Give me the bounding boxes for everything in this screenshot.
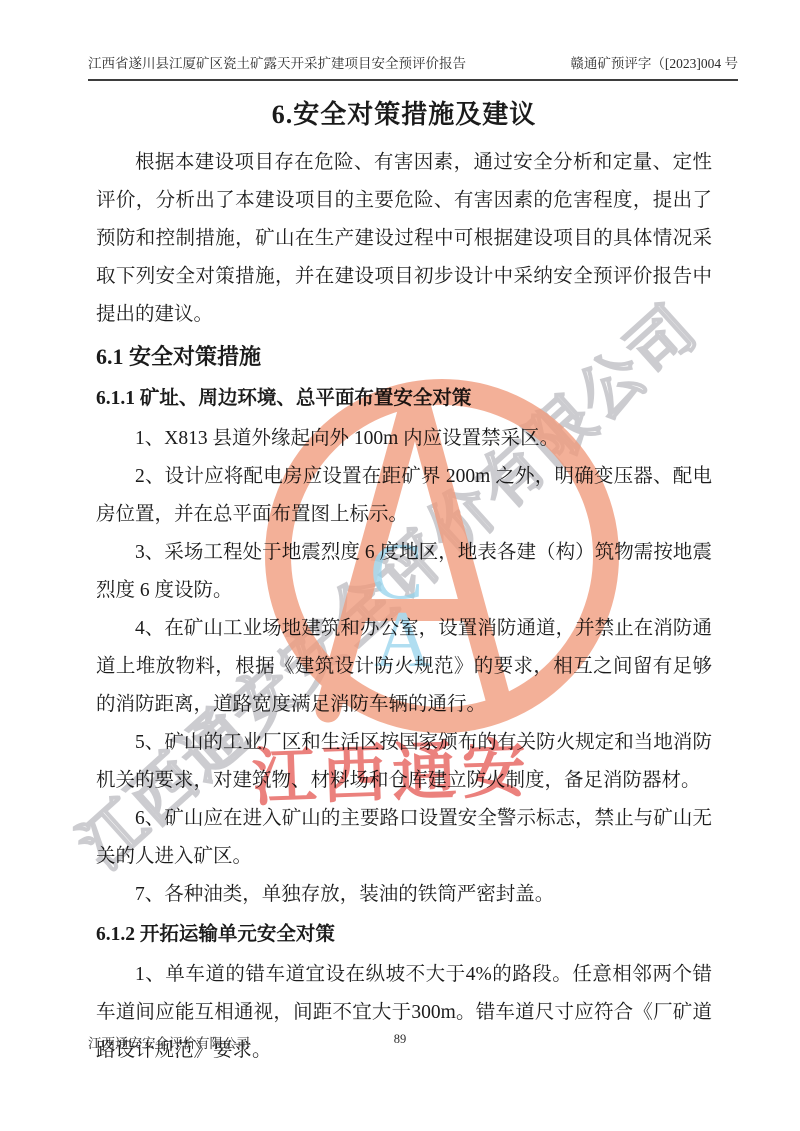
measure-item: 3、采场工程处于地震烈度 6 度地区，地表各建（构）筑物需按地震烈度 6 度设防…	[96, 534, 712, 610]
measure-item: 7、各种油类，单独存放，装油的铁筒严密封盖。	[96, 876, 712, 914]
header-document-number: 赣通矿预评字（[2023]004 号	[570, 52, 738, 72]
measure-item: 4、在矿山工业场地建筑和办公室，设置消防通道，并禁止在消防通道上堆放物料，根据《…	[96, 610, 712, 724]
measures-list-6-1-1: 1、X813 县道外缘起向外 100m 内应设置禁采区。2、设计应将配电房应设置…	[96, 420, 712, 914]
report-page: 江西省遂川县江厦矿区瓷土矿露天开采扩建项目安全预评价报告 赣通矿预评字（[202…	[0, 0, 800, 1131]
section-heading-6-1: 6.1 安全对策措施	[96, 336, 712, 378]
measures-list-6-1-2: 1、单车道的错车道宜设在纵坡不大于4%的路段。任意相邻两个错车道间应能互相通视，…	[96, 956, 712, 1070]
measure-item: 6、矿山应在进入矿山的主要路口设置安全警示标志，禁止与矿山无关的人进入矿区。	[96, 800, 712, 876]
page-number: 89	[88, 1032, 712, 1047]
measure-item: 1、X813 县道外缘起向外 100m 内应设置禁采区。	[96, 420, 712, 458]
intro-paragraph: 根据本建设项目存在危险、有害因素，通过安全分析和定量、定性评价，分析出了本建设项…	[96, 144, 712, 334]
page-header: 江西省遂川县江厦矿区瓷土矿露天开采扩建项目安全预评价报告 赣通矿预评字（[202…	[88, 52, 738, 81]
measure-item: 1、单车道的错车道宜设在纵坡不大于4%的路段。任意相邻两个错车道间应能互相通视，…	[96, 956, 712, 1070]
header-report-title: 江西省遂川县江厦矿区瓷土矿露天开采扩建项目安全预评价报告	[88, 52, 466, 72]
chapter-title: 6.安全对策措施及建议	[96, 94, 712, 131]
section-heading-6-1-2: 6.1.2 开拓运输单元安全对策	[96, 914, 712, 956]
section-heading-6-1-1: 6.1.1 矿址、周边环境、总平面布置安全对策	[96, 378, 712, 420]
measure-item: 5、矿山的工业厂区和生活区按国家颁布的有关防火规定和当地消防机关的要求，对建筑物…	[96, 724, 712, 800]
measure-item: 2、设计应将配电房应设置在距矿界 200m 之外，明确变压器、配电房位置，并在总…	[96, 458, 712, 534]
document-body: 6.安全对策措施及建议 根据本建设项目存在危险、有害因素，通过安全分析和定量、定…	[96, 86, 712, 1070]
